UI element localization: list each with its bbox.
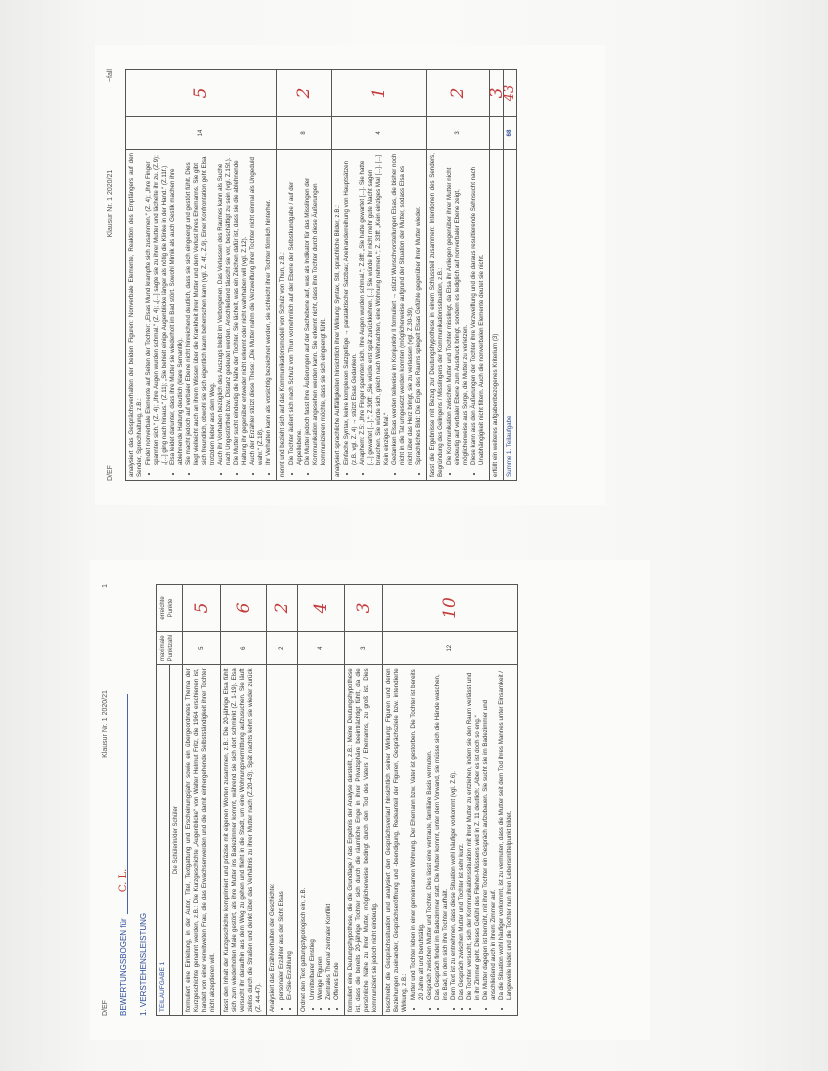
criterion-bullet: Das Gespräch zwischen Mutter und Tochter… [458,668,466,1000]
criterion-bullet: Mutter und Tochter leben in einer gemein… [410,668,426,1000]
criterion-description: analysiert das Gesprächsverhalten der be… [126,150,277,481]
criterion-row: formuliert eine Einleitung, in der Autor… [183,585,221,1016]
criterion-bullet: Wenige Figuren [317,668,325,1000]
criterion-bullet: Er-/Sie-Erzählung [286,668,294,1000]
sheet-title: BEWERTUNGSBOGEN für C. L. [120,584,128,1016]
criterion-bullet: Die Tochter versucht, sich der Kommunika… [466,668,482,1000]
achieved-points-handwritten: 4 [298,585,345,632]
max-points-header: maximale Punktzahl [157,632,183,665]
page-header: D/EF Klausur Nr. 1 2020/21 1 [102,584,110,1016]
criterion-bullet: Da die Situation wohl häufiger vorkommt,… [498,668,514,1000]
criterion-bullet: Dem Text ist zu entnehmen, dass diese Si… [450,668,458,1000]
criterion-bullet: Auch der Erzähler stützt diese These: „D… [249,153,265,465]
achieved-points-handwritten: 6 [221,585,267,632]
criterion-bullet: Findet nonverbale Elemente auf Seiten de… [145,153,169,465]
criterion-row: fasst den Inhalt der Kurzgeschichte komp… [221,585,267,1016]
criterion-description: formuliert eine Einleitung, in der Autor… [183,665,221,1016]
criterion-text: formuliert eine Deutungshypothese, die d… [347,668,379,1012]
criterion-description: beschreibt die Gesprächssituation und an… [383,665,518,1016]
criterion-bullet: Unmittelbarer Einstieg [309,668,317,1000]
page-number: 1 [102,584,110,588]
max-points: 4 [332,117,427,150]
criterion-bullet: Ihr Verhalten kann als vorsichtig bezeic… [265,153,273,465]
criterion-bullet: Einfache Syntax, keine komplexen Satzgef… [343,153,359,465]
evaluation-sheet-page-1: D/EF Klausur Nr. 1 2020/21 1 BEWERTUNGSB… [90,560,650,1040]
criterion-bullet: Die Mutter dagegen ist bemüht, mit ihrer… [482,668,498,1000]
max-points: 6 [221,632,267,665]
criterion-bullets: Mutter und Tochter leben in einer gemein… [410,668,514,1012]
criterion-bullet: Die Kommunikation zwischen Mutter und To… [446,153,470,465]
criterion-bullets: Die Kommunikation zwischen Mutter und To… [446,153,486,477]
criteria-table: analysiert das Gesprächsverhalten der be… [125,69,517,481]
task-label-cell: TEILAUFGABE 1 [157,665,170,1016]
achieved-points-handwritten: 2 [427,70,490,117]
achieved-points-handwritten: 2 [277,70,332,117]
criterion-text: analysiert das Gesprächsverhalten der be… [128,153,144,477]
criterion-row: fasst die Ergebnisse mit Bezug zur Deutu… [427,70,490,481]
max-points: 2 [267,632,298,665]
criterion-row: analysiert das Gesprächsverhalten der be… [126,70,277,481]
criterion-bullets: Die Tochter äußert sich nach Schulz von … [288,153,328,477]
max-points: 5 [183,632,221,665]
criterion-bullet: Gedanken Elsas werden teilweise im Konju… [391,153,415,465]
criterion-text: fasst die Ergebnisse mit Bezug zur Deutu… [429,153,445,477]
criterion-bullet: Die Mutter sucht eindeutig die Nähe der … [233,153,249,465]
criterion-text: analysiert sprachliche Auffälligkeiten h… [334,153,342,477]
criterion-bullet: Offenes Ende [333,668,341,1000]
criterion-bullet: Anaphern: Z.5: „Ihre Finger spannten sic… [359,153,391,465]
criterion-description: erfüllt ein weiteres aufgabenbezogenes K… [490,150,504,481]
criterion-text: Ordnet den Text gattungstypologisch ein,… [300,668,308,1012]
criterion-text: fasst den Inhalt der Kurzgeschichte komp… [223,668,263,1012]
criterion-bullets: personaler Erzähler aus der Sicht ElsasE… [278,668,294,1012]
criterion-bullet: personaler Erzähler aus der Sicht Elsas [278,668,286,1000]
max-points: 14 [126,117,277,150]
achieved-points-header: erreichte Punkte [157,585,183,632]
sum-achieved-points: 43 [504,70,517,117]
criterion-bullet: Auch ihr Vorhaben bezüglich des Auszugs … [217,153,233,465]
achieved-points-handwritten: 3 [345,585,383,632]
achieved-points-handwritten: 2 [267,585,298,632]
max-points: 8 [277,117,332,150]
criterion-description: Ordnet den Text gattungstypologisch ein,… [298,665,345,1016]
evaluation-sheet-page-2: D/EF Klausur Nr. 1 2020/21 ~fall analysi… [95,45,605,505]
criterion-row: beschreibt die Gesprächssituation und an… [383,585,518,1016]
criterion-text: Analysiert das Erzählverhalten der Gesch… [269,668,277,1012]
criterion-bullets: Findet nonverbale Elemente auf Seiten de… [145,153,273,477]
criterion-bullet: Zentrales Thema/ zentraler Konflikt [325,668,333,1000]
subject-label: D/EF [107,465,115,481]
criterion-row: Analysiert das Erzählverhalten der Gesch… [267,585,298,1016]
criterion-row: erfüllt ein weiteres aufgabenbezogenes K… [490,70,504,481]
criterion-description: formuliert eine Deutungshypothese, die d… [345,665,383,1016]
max-points: 4 [298,632,345,665]
criterion-row: Ordnet den Text gattungstypologisch ein,… [298,585,345,1016]
student-name-handwritten: C. L. [118,869,129,892]
criterion-bullet: Gespräch zwischen Mutter und Tochter. Di… [426,668,434,1000]
sum-label: Summe 1. Teilaufgabe [504,150,517,481]
max-points [490,117,504,150]
criterion-text: formuliert eine Einleitung, in der Autor… [185,668,217,1012]
criterion-bullets: Einfache Syntax, keine komplexen Satzgef… [343,153,423,477]
max-points: 3 [427,117,490,150]
criterion-bullet: Sprachliches Bild: Die Enge des Raums sp… [415,153,423,465]
criterion-description: fasst die Ergebnisse mit Bezug zur Deutu… [427,150,490,481]
student-column-header: Die Schülerin/der Schüler [170,665,183,1016]
achieved-points-handwritten: 10 [383,585,518,632]
achieved-points-handwritten: 1 [332,70,427,117]
exam-label: Klausur Nr. 1 2020/21 [107,170,115,238]
criterion-bullet: Elsa leidet darunter, dass ihre Mutter s… [169,153,185,465]
exam-label: Klausur Nr. 1 2020/21 [102,690,110,758]
criterion-bullet: Die Mutter jedoch fasst ihre Äußerungen … [304,153,328,465]
criterion-description: analysiert sprachliche Auffälligkeiten h… [332,150,427,481]
achieved-points-handwritten: 5 [126,70,277,117]
criterion-bullets: Unmittelbarer EinstiegWenige FigurenZent… [309,668,341,1012]
criterion-row: analysiert sprachliche Auffälligkeiten h… [332,70,427,481]
criterion-bullet: Das Gespräch findet im Badezimmer statt.… [434,668,450,1000]
criterion-bullet: Sie macht jedoch auf verbaler Ebene nich… [185,153,217,465]
criterion-row: nennt und bezieht sich auf das Kommunika… [277,70,332,481]
criterion-bullet: Die Tochter äußert sich nach Schulz von … [288,153,304,465]
criterion-description: nennt und bezieht sich auf das Kommunika… [277,150,332,481]
criteria-table: TEILAUFGABE 1 maximale Punktzahl erreich… [156,584,518,1016]
criterion-bullet: Diese kann aus den Äußerungen der Tochte… [470,153,486,465]
criterion-text: nennt und bezieht sich auf das Kommunika… [279,153,287,477]
corner-mark: ~fall [107,69,115,82]
subject-label: D/EF [102,1000,110,1016]
sum-max-points: 68 [504,117,517,150]
criterion-description: Analysiert das Erzählverhalten der Gesch… [267,665,298,1016]
section-heading: 1. VERSTEHENSLEISTUNG [140,584,148,1016]
criterion-text: erfüllt ein weiteres aufgabenbezogenes K… [492,153,500,477]
criterion-text: beschreibt die Gesprächssituation und an… [385,668,409,1012]
criterion-description: fasst den Inhalt der Kurzgeschichte komp… [221,665,267,1016]
sum-row: Summe 1. Teilaufgabe 68 43 [504,70,517,481]
max-points: 12 [383,632,518,665]
page-header: D/EF Klausur Nr. 1 2020/21 ~fall [107,69,115,481]
criterion-row: formuliert eine Deutungshypothese, die d… [345,585,383,1016]
max-points: 3 [345,632,383,665]
achieved-points-handwritten: 5 [183,585,221,632]
